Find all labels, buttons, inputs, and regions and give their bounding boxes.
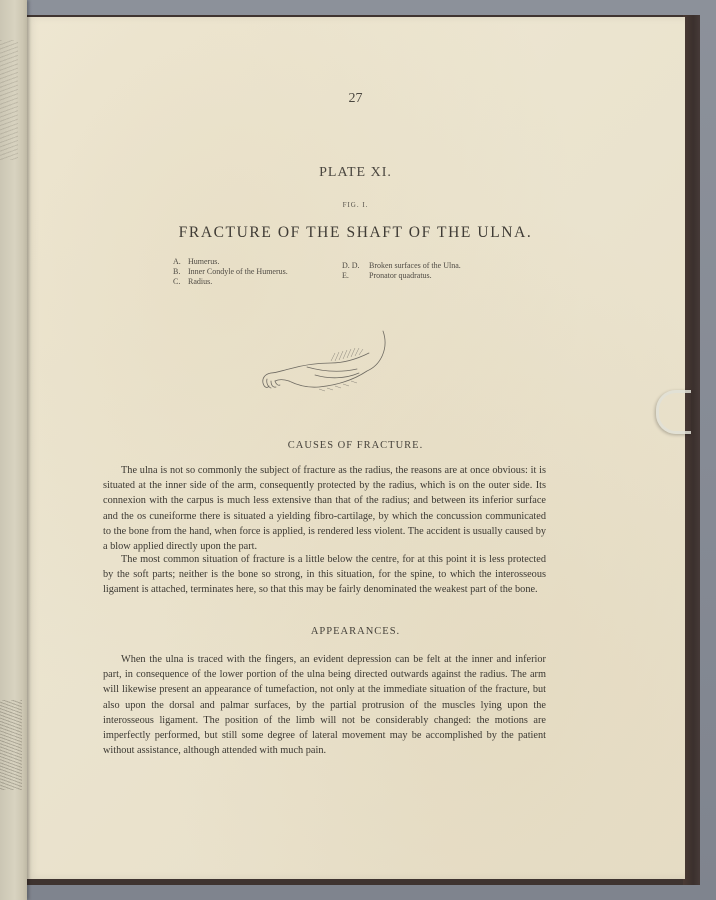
- book-cover-edge: [683, 15, 700, 885]
- figure-label: FIG. I.: [26, 201, 685, 209]
- legend-key: B.: [173, 267, 188, 277]
- legend-key: A.: [173, 257, 188, 267]
- section-heading-causes: CAUSES OF FRACTURE.: [26, 440, 685, 451]
- paragraph: When the ulna is traced with the fingers…: [103, 652, 546, 758]
- legend-label: Radius.: [188, 277, 212, 287]
- plate-title: PLATE XI.: [26, 165, 685, 181]
- facing-page-sketch: [0, 700, 22, 790]
- legend-label: Humerus.: [188, 257, 219, 267]
- legend-item: C. Radius.: [173, 277, 288, 287]
- legend-key: D. D.: [342, 261, 369, 271]
- legend-label: Broken surfaces of the Ulna.: [369, 261, 461, 271]
- legend-key: C.: [173, 277, 188, 287]
- section-heading-appearances: APPEARANCES.: [26, 626, 685, 637]
- page-number: 27: [26, 91, 685, 107]
- legend-item: E. Pronator quadratus.: [342, 271, 461, 281]
- legend-item: B. Inner Condyle of the Humerus.: [173, 267, 288, 277]
- legend-item: D. D. Broken surfaces of the Ulna.: [342, 261, 461, 271]
- facing-page-edge: [0, 0, 27, 900]
- figure-legend-right: D. D. Broken surfaces of the Ulna. E. Pr…: [342, 261, 461, 281]
- legend-item: A. Humerus.: [173, 257, 288, 267]
- page-content: 27 PLATE XI. FIG. I. FRACTURE OF THE SHA…: [26, 17, 685, 879]
- facing-page-sketch: [0, 40, 18, 160]
- figure-title: FRACTURE OF THE SHAFT OF THE ULNA.: [26, 224, 685, 242]
- figure-legend-left: A. Humerus. B. Inner Condyle of the Hume…: [173, 257, 288, 287]
- paragraph: The ulna is not so commonly the subject …: [103, 463, 546, 554]
- legend-label: Inner Condyle of the Humerus.: [188, 267, 288, 277]
- legend-key: E.: [342, 271, 369, 281]
- page-clip: [656, 390, 691, 434]
- legend-label: Pronator quadratus.: [369, 271, 432, 281]
- paragraph: The most common situation of fracture is…: [103, 552, 546, 598]
- arm-sketch-icon: [259, 323, 389, 403]
